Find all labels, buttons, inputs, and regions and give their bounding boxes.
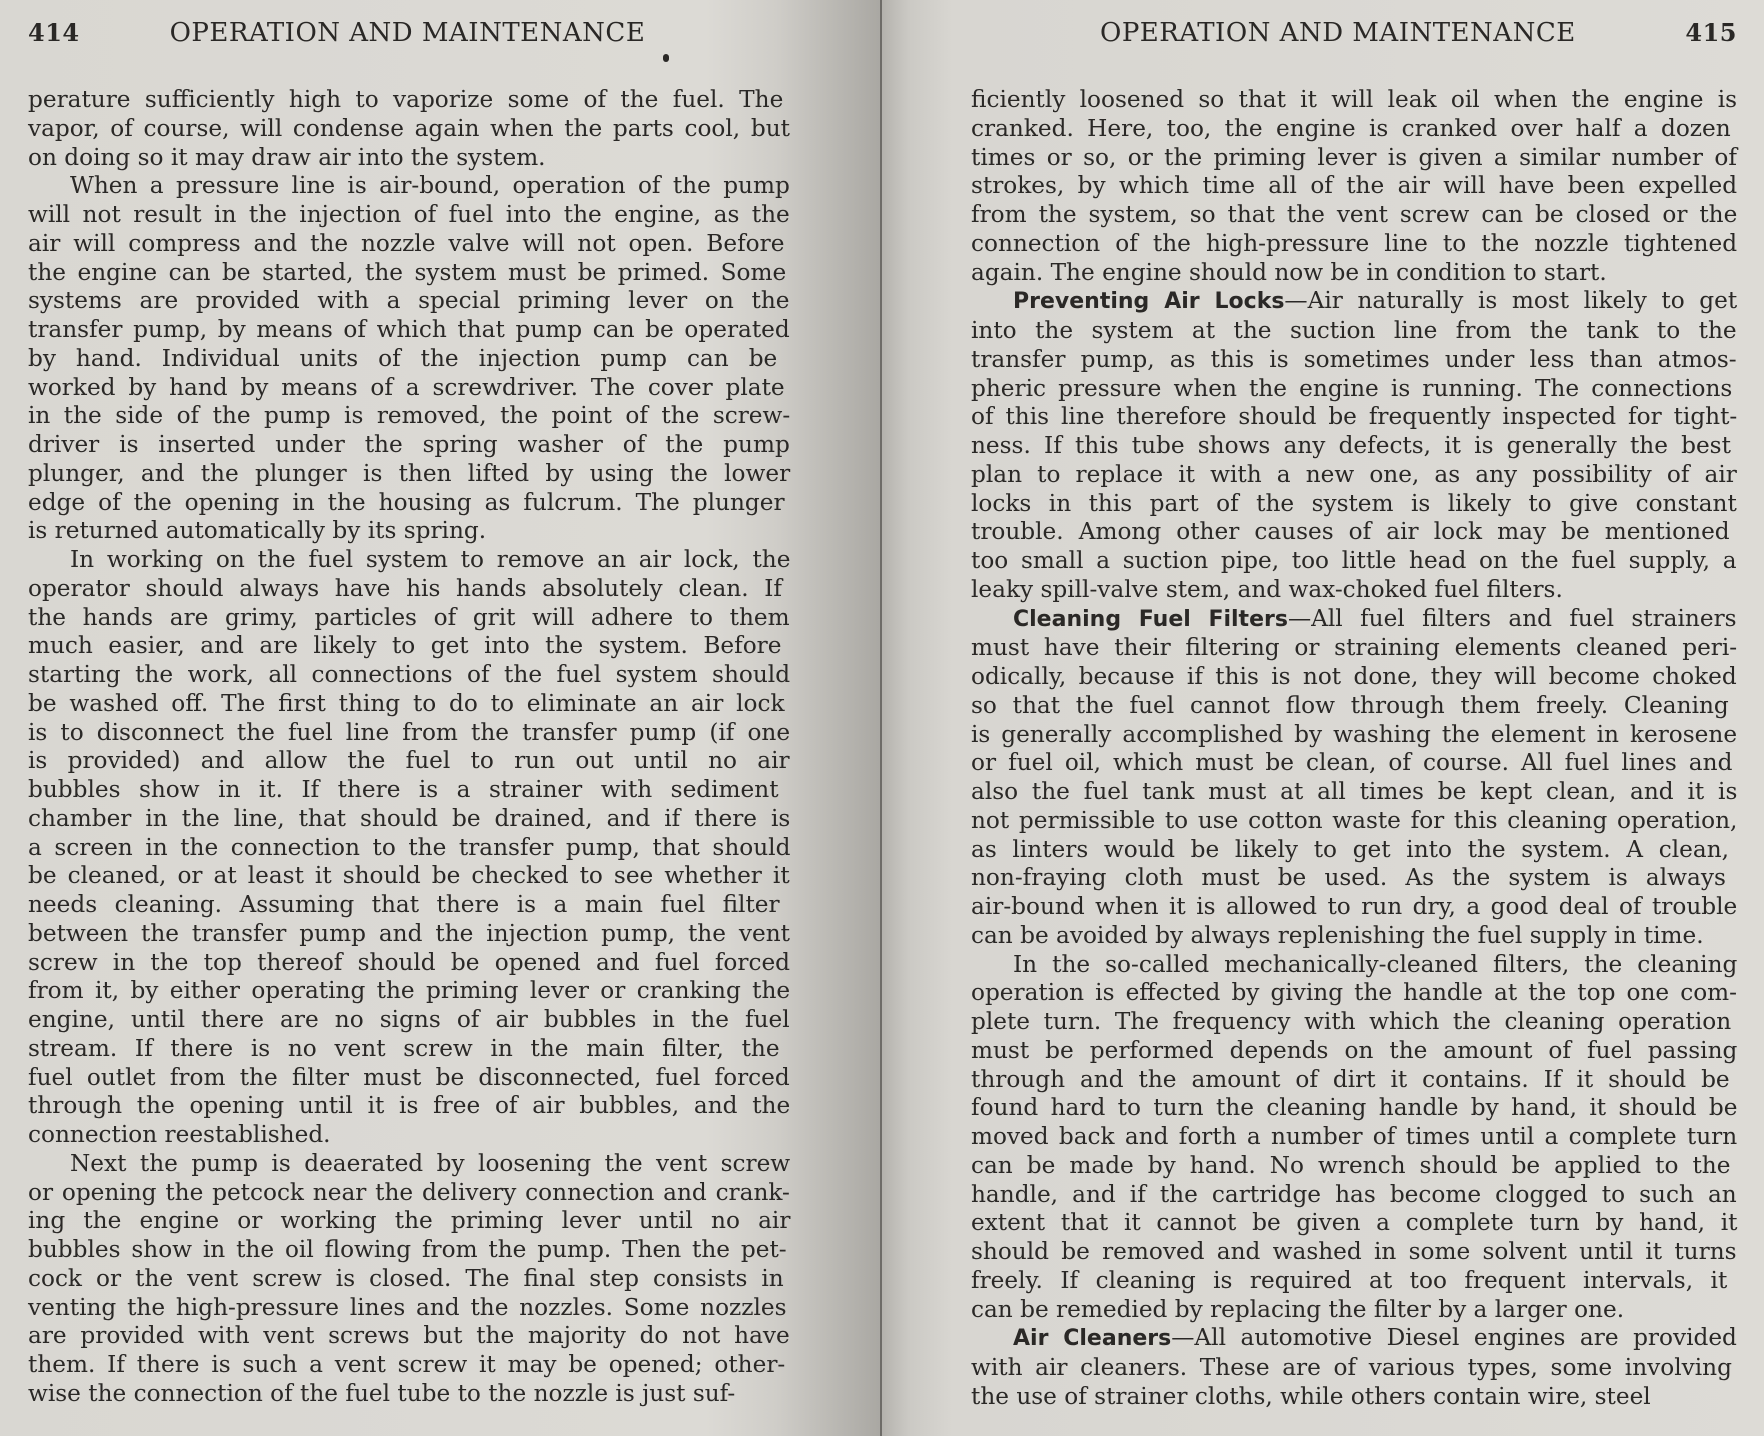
text-line: stream. If there is no vent screw in the… [28,1035,790,1064]
text-line: again. The engine should now be in condi… [971,259,1737,288]
running-head-title: OPERATION AND MAINTENANCE [170,18,646,48]
text-line: systems are provided with a special prim… [28,287,790,316]
text-line: can be made by hand. No wrench should be… [971,1152,1737,1181]
text-line: worked by hand by means of a screwdriver… [28,374,790,403]
text-line: connection of the high-pressure line to … [971,230,1737,259]
text-line: needs cleaning. Assuming that there is a… [28,891,790,920]
paragraph: ficiently loosened so that it will leak … [971,86,1737,287]
text-line: be cleaned, or at least it should be che… [28,862,790,891]
text-line: will not result in the injection of fuel… [28,201,790,230]
text-line: Cleaning Fuel Filters—All fuel filters a… [971,605,1764,635]
text-line: also the fuel tank must at all times be … [971,778,1737,807]
text-line: too small a suction pipe, too little hea… [971,547,1737,576]
section-run-in-heading: Air Cleaners [1013,1326,1171,1351]
text-line: is generally accomplished by washing the… [971,721,1737,750]
text-line: moved back and forth a number of times u… [971,1123,1737,1152]
text-line: air will compress and the nozzle valve w… [28,230,790,259]
text-line: leaky spill-valve stem, and wax-choked f… [971,576,1737,605]
paragraph: In the so-called mechanically-cleaned fi… [971,951,1737,1325]
text-line: into the system at the suction line from… [971,317,1737,346]
text-line: ness. If this tube shows any defects, it… [971,432,1737,461]
paragraph: Next the pump is deaerated by loosening … [28,1150,790,1409]
text-line: or opening the petcock near the delivery… [28,1179,790,1208]
text-line: Air Cleaners—All automotive Diesel engin… [971,1324,1764,1354]
text-line: freely. If cleaning is required at too f… [971,1267,1737,1296]
text-line: between the transfer pump and the inject… [28,920,790,949]
page-number: 414 [28,18,80,47]
text-line: is returned automatically by its spring. [28,517,790,546]
text-line: engine, until there are no signs of air … [28,1006,790,1035]
text-line: the hands are grimy, particles of grit w… [28,604,790,633]
text-line: odically, because if this is not done, t… [971,663,1737,692]
text-line: venting the high-pressure lines and the … [28,1294,790,1323]
text-line: air-bound when it is allowed to run dry,… [971,893,1737,922]
text-line: chamber in the line, that should be drai… [28,805,790,834]
text-line: pheric pressure when the engine is runni… [971,375,1737,404]
left-page-body: perature sufficiently high to vaporize s… [28,86,790,1409]
text-line-content: —All automotive Diesel engines are provi… [1171,1324,1737,1351]
text-line: bubbles show in the oil flowing from the… [28,1236,790,1265]
text-line: Next the pump is deaerated by loosening … [28,1150,832,1179]
text-line: cock or the vent screw is closed. The fi… [28,1265,790,1294]
right-page: OPERATION AND MAINTENANCE 415 ficiently … [882,0,1764,1436]
text-line: can be remedied by replacing the filter … [971,1296,1737,1325]
text-line-content: —Air naturally is most likely to get [1284,287,1737,314]
text-line: When a pressure line is air-bound, opera… [28,172,832,201]
text-line: through and the amount of dirt it contai… [971,1066,1737,1095]
text-line: vapor, of course, will condense again wh… [28,115,790,144]
text-line: plete turn. The frequency with which the… [971,1008,1737,1037]
running-head-title: OPERATION AND MAINTENANCE [1100,18,1576,48]
text-line: so that the fuel cannot flow through the… [971,692,1737,721]
text-line: locks in this part of the system is like… [971,490,1737,519]
text-line: perature sufficiently high to vaporize s… [28,86,790,115]
text-line: cranked. Here, too, the engine is cranke… [971,115,1737,144]
text-line: transfer pump, by means of which that pu… [28,316,790,345]
text-line: through the opening until it is free of … [28,1092,790,1121]
text-line: are provided with vent screws but the ma… [28,1322,790,1351]
text-line: not permissible to use cotton waste for … [971,807,1737,836]
text-line: of this line therefore should be frequen… [971,403,1737,432]
print-mark [663,54,669,62]
text-line: in the side of the pump is removed, the … [28,402,790,431]
text-line: must be performed depends on the amount … [971,1037,1737,1066]
text-line: from it, by either operating the priming… [28,977,790,1006]
text-line: should be removed and washed in some sol… [971,1238,1737,1267]
text-line: connection reestablished. [28,1121,790,1150]
text-line: be washed off. The first thing to do to … [28,690,790,719]
left-page: 414 OPERATION AND MAINTENANCE perature s… [0,0,882,1436]
text-line: found hard to turn the cleaning handle b… [971,1094,1737,1123]
text-line: In working on the fuel system to remove … [28,546,832,575]
text-line: edge of the opening in the housing as fu… [28,489,790,518]
text-line: transfer pump, as this is sometimes unde… [971,346,1737,375]
text-line: ing the engine or working the priming le… [28,1207,790,1236]
text-line-content: —All fuel filters and fuel strainers [1288,605,1737,632]
book-spread: 414 OPERATION AND MAINTENANCE perature s… [0,0,1764,1436]
text-line: handle, and if the cartridge has become … [971,1181,1737,1210]
text-line: strokes, by which time all of the air wi… [971,172,1737,201]
text-line: operation is effected by giving the hand… [971,979,1737,1008]
text-line: times or so, or the priming lever is giv… [971,144,1737,173]
text-line: can be avoided by always replenishing th… [971,922,1737,951]
text-line: on doing so it may draw air into the sys… [28,144,790,173]
running-head-left: 414 OPERATION AND MAINTENANCE [28,18,793,58]
text-line: is provided) and allow the fuel to run o… [28,747,790,776]
text-line: ficiently loosened so that it will leak … [971,86,1737,115]
paragraph: Air Cleaners—All automotive Diesel engin… [971,1324,1737,1411]
paragraph: In working on the fuel system to remove … [28,546,790,1150]
text-line: plunger, and the plunger is then lifted … [28,460,790,489]
text-line: the engine can be started, the system mu… [28,259,790,288]
text-line: wise the connection of the fuel tube to … [28,1380,790,1409]
text-line: as linters would be likely to get into t… [971,836,1737,865]
paragraph: Cleaning Fuel Filters—All fuel filters a… [971,605,1737,951]
text-line: Preventing Air Locks—Air naturally is mo… [971,287,1764,317]
text-line: must have their filtering or straining e… [971,634,1737,663]
paragraph: Preventing Air Locks—Air naturally is mo… [971,287,1737,604]
section-run-in-heading: Cleaning Fuel Filters [1013,607,1288,632]
right-page-body: ficiently loosened so that it will leak … [971,86,1737,1412]
text-line: or fuel oil, which must be clean, of cou… [971,749,1737,778]
text-line: bubbles show in it. If there is a strain… [28,776,790,805]
section-run-in-heading: Preventing Air Locks [1013,289,1284,314]
text-line: the use of strainer cloths, while others… [971,1383,1737,1412]
text-line: with air cleaners. These are of various … [971,1354,1737,1383]
text-line: starting the work, all connections of th… [28,661,790,690]
text-line: by hand. Individual units of the injecti… [28,345,790,374]
text-line: from the system, so that the vent screw … [971,201,1737,230]
paragraph: When a pressure line is air-bound, opera… [28,172,790,546]
text-line: a screen in the connection to the transf… [28,834,790,863]
text-line: plan to replace it with a new one, as an… [971,461,1737,490]
page-number: 415 [1685,18,1737,47]
text-line: is to disconnect the fuel line from the … [28,719,790,748]
text-line: fuel outlet from the filter must be disc… [28,1064,790,1093]
paragraph: perature sufficiently high to vaporize s… [28,86,790,172]
text-line: them. If there is such a vent screw it m… [28,1351,790,1380]
text-line: non-fraying cloth must be used. As the s… [971,864,1737,893]
text-line: operator should always have his hands ab… [28,575,790,604]
text-line: In the so-called mechanically-cleaned fi… [971,951,1764,980]
text-line: screw in the top thereof should be opene… [28,949,790,978]
text-line: driver is inserted under the spring wash… [28,431,790,460]
text-line: trouble. Among other causes of air lock … [971,518,1737,547]
text-line: much easier, and are likely to get into … [28,632,790,661]
text-line: extent that it cannot be given a complet… [971,1209,1737,1238]
running-head-right: OPERATION AND MAINTENANCE 415 [970,18,1737,58]
